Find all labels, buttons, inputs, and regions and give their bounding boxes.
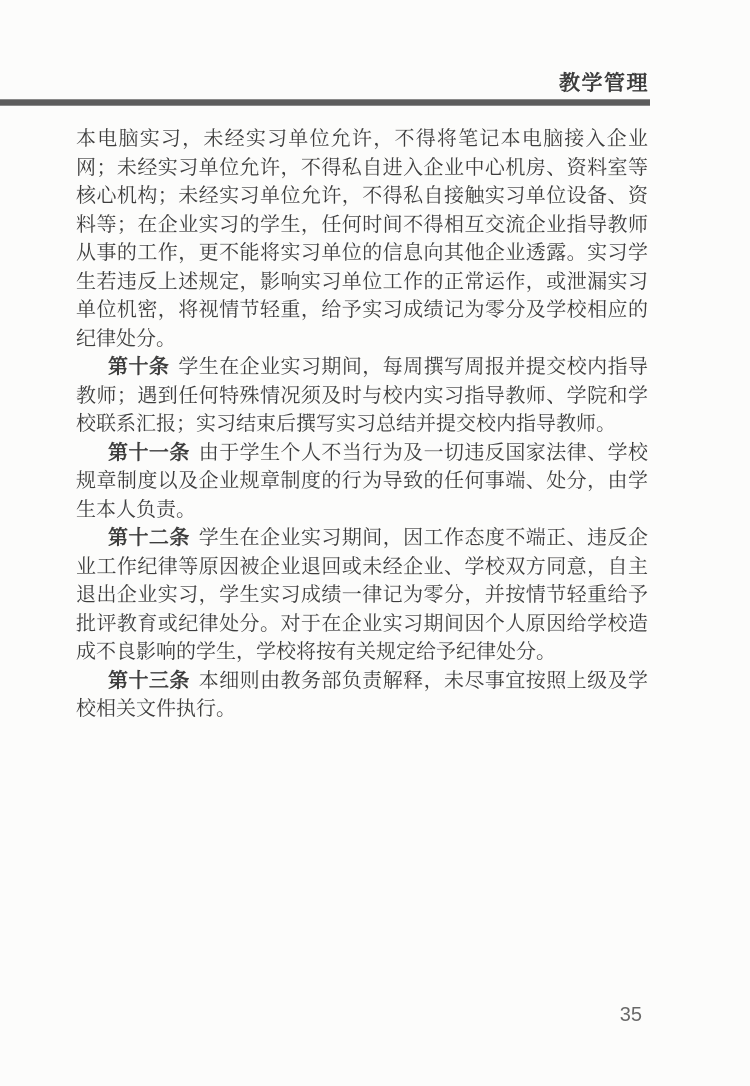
- clause-term: 第十一条: [108, 442, 190, 464]
- paragraph-clause-10: 第十条学生在企业实习期间，每周撰写周报并提交校内指导教师；遇到任何特殊情况须及时…: [76, 353, 648, 439]
- document-body: 本电脑实习，未经实习单位允许，不得将笔记本电脑接入企业网；未经实习单位允许，不得…: [76, 125, 648, 724]
- clause-term: 第十二条: [108, 527, 190, 549]
- clause-text: 本电脑实习，未经实习单位允许，不得将笔记本电脑接入企业网；未经实习单位允许，不得…: [76, 128, 648, 350]
- paragraph-continuation: 本电脑实习，未经实习单位允许，不得将笔记本电脑接入企业网；未经实习单位允许，不得…: [76, 125, 648, 353]
- paragraph-clause-12: 第十二条学生在企业实习期间，因工作态度不端正、违反企业工作纪律等原因被企业退回或…: [76, 524, 648, 667]
- header-rule-divider: [0, 99, 650, 106]
- running-head-title: 教学管理: [559, 67, 649, 97]
- paragraph-clause-11: 第十一条由于学生个人不当行为及一切违反国家法律、学校规章制度以及企业规章制度的行…: [76, 439, 648, 525]
- paragraph-clause-13: 第十三条本细则由教务部负责解释，未尽事宜按照上级及学校相关文件执行。: [76, 667, 648, 724]
- clause-term: 第十三条: [108, 670, 190, 692]
- document-page: 教学管理 本电脑实习，未经实习单位允许，不得将笔记本电脑接入企业网；未经实习单位…: [0, 0, 750, 1086]
- clause-term: 第十条: [108, 356, 169, 378]
- page-number: 35: [620, 1004, 642, 1027]
